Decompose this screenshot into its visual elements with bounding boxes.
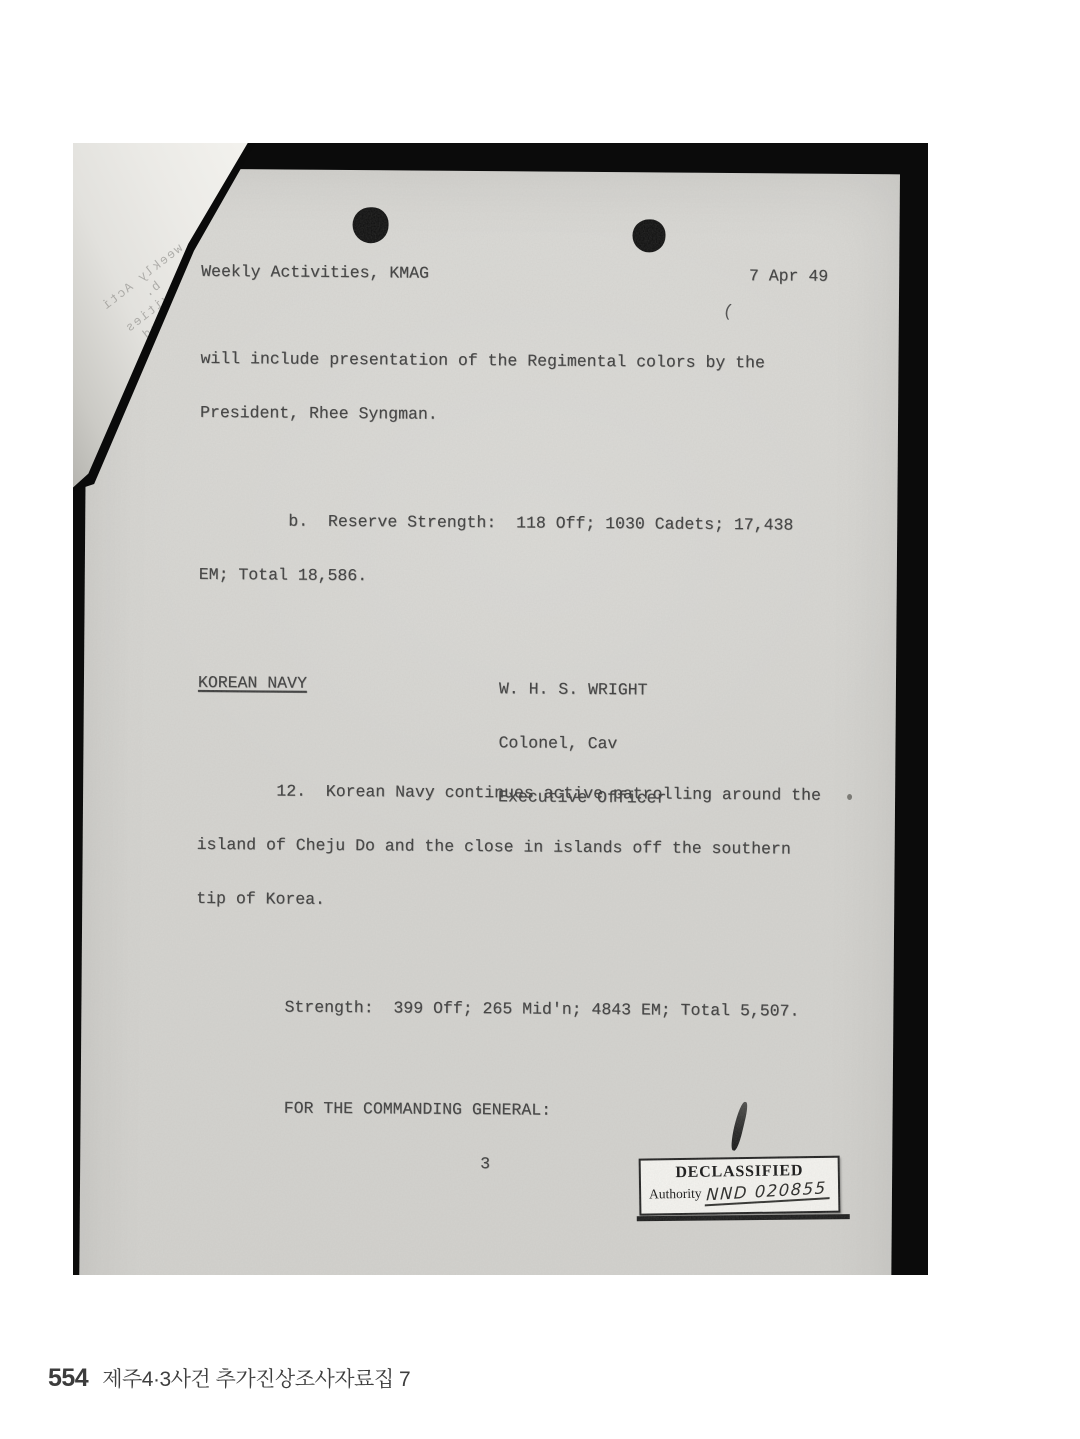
body-line <box>198 620 822 643</box>
signature-name: W. H. S. WRIGHT <box>499 680 667 699</box>
stamp-authority-row: AuthorityNND 020855 <box>641 1181 838 1205</box>
fold-ghost-text: weekly Acti b. activities enlisted from … <box>73 210 275 409</box>
signature-rank: Colonel, Cav <box>498 734 666 753</box>
book-caption: 554 제주4·3사건 추가진상조사자료집 7 <box>48 1363 410 1393</box>
folded-page-corner: weekly Acti b. activities enlisted from … <box>73 143 265 491</box>
paper-speck <box>847 794 852 800</box>
body-line <box>195 1052 819 1075</box>
stamp-authority-label: Authority <box>649 1186 702 1202</box>
stamp-authority-number-handwritten: NND 020855 <box>705 1178 830 1206</box>
document-page-number: 3 <box>480 1155 490 1173</box>
book-title: 제주4·3사건 추가진상조사자료집 7 <box>102 1363 410 1393</box>
body-line: b. Reserve Strength: 118 Off; 1030 Cadet… <box>199 512 823 535</box>
body-line: EM; Total 18,586. <box>199 566 823 589</box>
body-line: FOR THE COMMANDING GENERAL: <box>195 1099 819 1122</box>
book-page-number: 554 <box>48 1364 88 1393</box>
document-header: Weekly Activities, KMAG 7 Apr 49 <box>201 263 828 286</box>
fold-paper: weekly Acti b. activities enlisted from … <box>73 143 265 491</box>
body-line: will include presentation of the Regimen… <box>200 350 824 373</box>
punch-hole-right <box>632 219 665 252</box>
body-line: tip of Korea. <box>196 890 820 913</box>
body-line <box>196 944 820 967</box>
body-line: Strength: 399 Off; 265 Mid'n; 4843 EM; T… <box>195 998 819 1021</box>
signature-block: W. H. S. WRIGHT Colonel, Cav Executive O… <box>498 644 668 843</box>
book-page: Weekly Activities, KMAG 7 Apr 49 ( will … <box>0 0 1080 1439</box>
punch-hole-left <box>352 207 388 243</box>
body-line <box>200 458 824 481</box>
document-date: 7 Apr 49 <box>749 267 828 286</box>
declassified-stamp: DECLASSIFIED AuthorityNND 020855 <box>639 1156 841 1216</box>
scan-black-area: Weekly Activities, KMAG 7 Apr 49 ( will … <box>73 143 928 1275</box>
body-line: President, Rhee Syngman. <box>200 404 824 427</box>
stamp-bottom-edge <box>637 1214 850 1221</box>
signature-title: Executive Officer <box>498 788 666 807</box>
